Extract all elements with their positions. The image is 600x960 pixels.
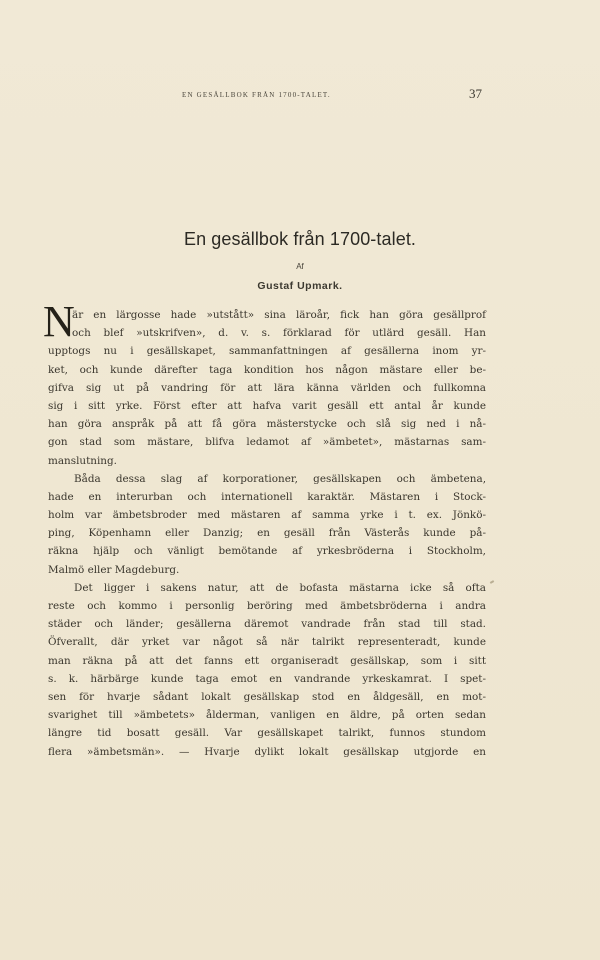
text-line: svarighet till »ämbetets» ålderman, vanl… [48,706,486,724]
text-line: man räkna på att det fanns ett organiser… [48,652,486,670]
drop-cap: N [43,302,75,342]
text-line: Båda dessa slag af korporationer, gesäll… [48,470,486,488]
book-page: En gesällbok från 1700-talet. 37 En gesä… [0,0,600,960]
text-line: reste och kommo i personlig beröring med… [48,597,486,615]
article-title: En gesällbok från 1700-talet. [0,229,600,250]
text-line: ping, Köpenhamn eller Danzig; en gesäll … [48,524,486,542]
text-line: och blef »utskrifven», d. v. s. förklara… [48,324,486,342]
text-line: Malmö eller Magdeburg. [48,561,486,579]
text-line: upptogs nu i gesällskapet, sammanfattnin… [48,342,486,360]
text-line: sig i sitt yrke. Först efter att hafva v… [48,397,486,415]
text-line: gifva sig ut på vandring för att lära kä… [48,379,486,397]
running-head: En gesällbok från 1700-talet. [182,91,331,99]
paragraph-1: N är en lärgosse hade »utstått» sina lär… [48,306,486,470]
paper-blemish [490,580,494,584]
text-line: Öfverallt, där yrket var något så när ta… [48,633,486,651]
text-line: flera »ämbetsmän». — Hvarje dylikt lokal… [48,743,486,761]
text-line: hade en interurban och internationell ka… [48,488,486,506]
text-line: manslutning. [48,452,486,470]
article-body: N är en lärgosse hade »utstått» sina lär… [48,306,486,761]
page-number: 37 [469,86,482,102]
text-line: Det ligger i sakens natur, att de bofast… [48,579,486,597]
text-line: städer och länder; gesällerna däremot va… [48,615,486,633]
text-line: s. k. härbärge kunde taga emot en vandra… [48,670,486,688]
byline-prefix: Af [0,262,600,271]
text-line: holm var ämbetsbroder med mästaren af sa… [48,506,486,524]
author-name: Gustaf Upmark. [0,280,600,292]
text-line: längre tid bosatt gesäll. Var gesällskap… [48,724,486,742]
text-line: ket, och kunde därefter taga kondition h… [48,361,486,379]
text-line: sen för hvarje sådant lokalt gesällskap … [48,688,486,706]
paragraph-2: Båda dessa slag af korporationer, gesäll… [48,470,486,579]
text-line: räkna hjälp och vänligt bemötande af yrk… [48,542,486,560]
paragraph-3: Det ligger i sakens natur, att de bofast… [48,579,486,761]
text-line: gon stad som mästare, blifva ledamot af … [48,433,486,451]
text-line: är en lärgosse hade »utstått» sina läroå… [48,306,486,324]
text-line: han göra anspråk på att få göra mästerst… [48,415,486,433]
